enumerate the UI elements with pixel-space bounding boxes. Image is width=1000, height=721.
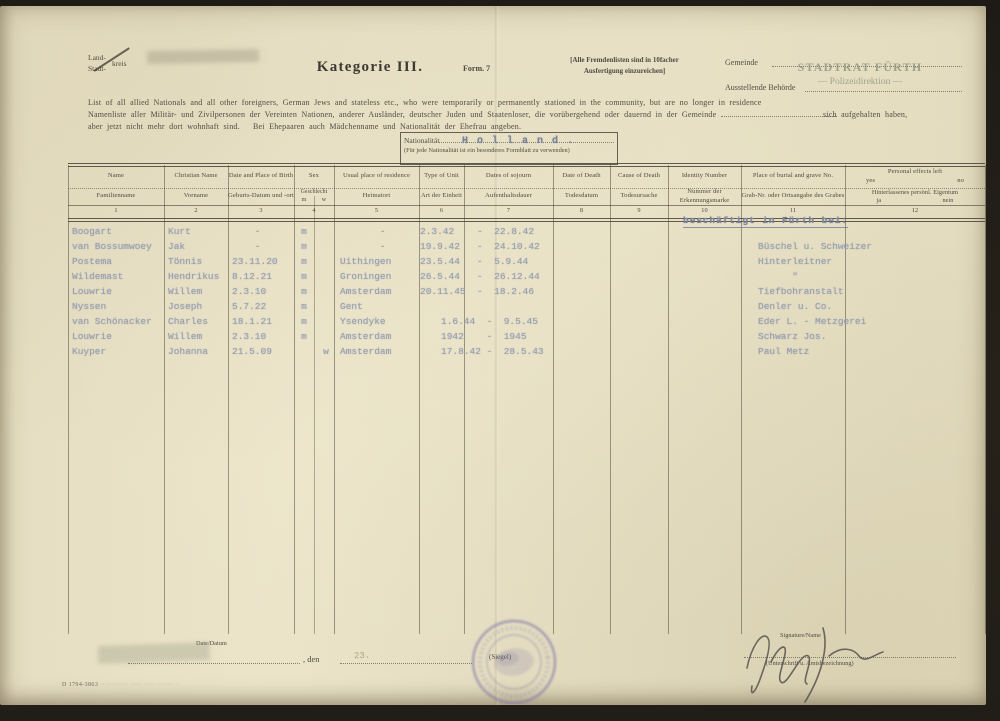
cell-firstname: Willem — [168, 286, 202, 297]
cell-sex-m: m — [294, 271, 314, 282]
authority-stamp-line1: STADTRAT FÜRTH — [795, 60, 925, 75]
landkreis-label-kreis: kreis — [112, 59, 127, 68]
cell-firstname: Kurt — [168, 226, 191, 237]
cell-birth: 8.12.21 — [232, 271, 272, 282]
cell-firstname: Hendrikus — [168, 271, 219, 282]
intro-german-text: Namenliste aller Militär- und Zivilperso… — [88, 110, 716, 119]
cell-employer: Eder L. - Metzgerei — [758, 316, 866, 327]
col-number: 8 — [553, 205, 610, 217]
cell-employer: Büschel u. Schweizer — [758, 241, 872, 252]
gemeinde-label: Gemeinde — [725, 58, 758, 67]
col-header-de-erkennungsmarke: Nummer der Erkennungsmarke — [668, 189, 741, 204]
pencil-date-entry: 23. — [354, 651, 371, 662]
col-header-en-effects: Personal effects left yes no — [845, 166, 985, 187]
col-number: 9 — [610, 205, 668, 217]
col-header-eigentum-ja: ja — [877, 197, 882, 205]
col-header-de-name: Familienname — [68, 189, 164, 204]
imprint-smudge: ·· ········· ····· ···· ········ · — [100, 682, 179, 688]
intro-german-line-end: sich aufgehalten haben, — [823, 110, 907, 119]
table-top-rule-1 — [68, 163, 985, 164]
table-row: Nyssen Joseph 5.7.22 m Gent Denler u. Co… — [0, 301, 1000, 314]
cell-residence: Uithingen — [340, 256, 391, 267]
cell-residence: Ysendyke — [340, 316, 386, 327]
cell-sojourn: 1942 - 1945 — [441, 331, 527, 342]
gemeinde-inline-fill — [721, 116, 837, 117]
authority-stamp-line2: — Polizeidirektion — — [795, 77, 925, 87]
cell-surname: Louwrie — [72, 331, 112, 342]
cell-surname: Louwrie — [72, 286, 112, 297]
col-header-en-name: Name — [68, 166, 164, 187]
cell-employer: Schwarz Jos. — [758, 331, 826, 342]
cell-employer: Paul Metz — [758, 346, 809, 357]
cell-firstname: Joseph — [168, 301, 202, 312]
authority-stamp: STADTRAT FÜRTH — Polizeidirektion — — [795, 60, 925, 87]
intro-english-line: List of all allied Nationals and all oth… — [88, 98, 948, 107]
den-label: , den — [303, 654, 320, 664]
table-row: van Bossumwoey Jak - m - 19.9.42 - 24.10… — [0, 241, 1000, 254]
table-row: Boogart Kurt - m - 2.3.42 - 22.8.42 — [0, 226, 1000, 239]
cell-surname: Boogart — [72, 226, 112, 237]
scanned-form-page: { "header": { "land": "Land-", "stadt": … — [0, 0, 1000, 721]
cell-surname: van Schönacker — [72, 316, 152, 327]
cell-residence: Amsterdam — [340, 331, 391, 342]
cell-firstname: Jak — [168, 241, 185, 252]
col-header-de-grab: Grab-Nr. oder Ortsangabe des Grabes — [741, 189, 845, 204]
col-header-en-sex: Sex — [294, 166, 334, 187]
behoerde-label: Ausstellende Behörde — [725, 83, 795, 92]
behoerde-fill-line — [805, 91, 962, 92]
table-row: Postema Tönnis 23.11.20 m Uithingen 23.5… — [0, 256, 1000, 269]
cell-sex-m: m — [294, 286, 314, 297]
col-header-de-heimatort: Heimatort — [334, 189, 419, 204]
cell-birth: 2.3.10 — [232, 331, 266, 342]
cell-sex-m: m — [294, 226, 314, 237]
form-number: Form. 7 — [463, 64, 490, 73]
col-header-en-birth: Date and Place of Birth — [228, 166, 294, 187]
cell-residence: - — [340, 226, 386, 237]
cell-employer: Hinterleitner — [758, 256, 832, 267]
intro-line3: aber jetzt nicht mehr dort wohnhaft sind… — [88, 122, 788, 131]
cell-firstname: Charles — [168, 316, 208, 327]
cell-birth: 23.11.20 — [232, 256, 278, 267]
cell-employer: Denler u. Co. — [758, 301, 832, 312]
cell-birth: - — [232, 241, 261, 252]
table-row: Kuyper Johanna 21.5.09 w Amsterdam 17.8.… — [0, 346, 1000, 359]
form-category-title: Kategorie III. — [300, 59, 440, 76]
handwritten-signature — [735, 622, 935, 704]
col-header-en-sojourn: Dates of sojourn — [464, 166, 553, 187]
col-header-de-eigentum: Hinterlassenes persönl. Eigentum ja nein — [845, 188, 985, 205]
cell-sojourn: 20.11.45 - 18.2.46 — [420, 286, 534, 297]
col-header-en-death-date: Date of Death — [553, 166, 610, 187]
cell-sojourn: 23.5.44 - 5.9.44 — [420, 256, 528, 267]
date-fill-line — [340, 663, 472, 664]
cell-birth: 21.5.09 — [232, 346, 272, 357]
cell-residence: Amsterdam — [340, 346, 391, 357]
col-header-eigentum-title: Hinterlassenes persönl. Eigentum — [872, 189, 958, 197]
cell-firstname: Willem — [168, 331, 202, 342]
cell-sex-m: m — [294, 241, 314, 252]
col-number: 1 — [68, 205, 164, 217]
landkreis-label-land: Land- — [88, 53, 106, 62]
printer-imprint: D 1794-3863 ·· ········· ····· ···· ····… — [62, 682, 179, 688]
cell-residence: Groningen — [340, 271, 391, 282]
round-seal-stamp — [468, 618, 560, 704]
cell-sojourn: 1.6.44 - 9.5.45 — [441, 316, 538, 327]
col-number: 6 — [419, 205, 464, 217]
cell-surname: Wildemast — [72, 271, 123, 282]
cell-surname: van Bossumwoey — [72, 241, 152, 252]
col-header-effects-yes: yes — [866, 177, 875, 185]
cell-sojourn: 26.5.44 - 26.12.44 — [420, 271, 540, 282]
cell-sex-m: m — [294, 316, 314, 327]
table-row: Louwrie Willem 2.3.10 m Amsterdam 20.11.… — [0, 286, 1000, 299]
cell-firstname: Tönnis — [168, 256, 202, 267]
cell-birth: 18.1.21 — [232, 316, 272, 327]
cell-birth: 2.3.10 — [232, 286, 266, 297]
col-number: 4 — [294, 205, 334, 217]
cell-sex-m: m — [294, 256, 314, 267]
col-header-en-christian-name: Christian Name — [164, 166, 228, 187]
table-row: Louwrie Willem 2.3.10 m Amsterdam 1942 -… — [0, 331, 1000, 344]
col-header-de-geschlecht: Geschlecht — [294, 188, 334, 197]
cell-sex-w: w — [316, 346, 336, 357]
col-number: 2 — [164, 205, 228, 217]
nationality-typed-value: H o l l a n d . — [462, 136, 575, 147]
nationality-note: (Für jede Nationalität ist ein besondere… — [404, 147, 614, 154]
table-row: van Schönacker Charles 18.1.21 m Ysendyk… — [0, 316, 1000, 329]
col-header-en-residence: Usual place of residence — [334, 166, 419, 187]
cell-residence: Gent — [340, 301, 363, 312]
col-header-de-aufenthalt: Aufenthaltsdauer — [464, 189, 553, 204]
copies-note-line2: Ausfertigung einzureichen] — [584, 67, 665, 75]
col-header-de-todesursache: Todesursache — [610, 189, 668, 204]
cell-birth: - — [232, 226, 261, 237]
cell-sex-m: m — [294, 301, 314, 312]
col-number: 3 — [228, 205, 294, 217]
cell-employer: Tiefbohranstalt — [758, 286, 844, 297]
table-row: Wildemast Hendrikus 8.12.21 m Groningen … — [0, 271, 1000, 284]
faint-stamp-top — [147, 49, 259, 64]
cell-sojourn: 2.3.42 - 22.8.42 — [420, 226, 534, 237]
col-header-sex-m: m — [294, 197, 314, 205]
imprint-code: D 1794-3863 — [62, 682, 98, 688]
cell-surname: Nyssen — [72, 301, 106, 312]
cell-surname: Kuyper — [72, 346, 106, 357]
place-fill-line — [128, 663, 300, 664]
col-header-de-todesdatum: Todesdatum — [553, 189, 610, 204]
col-header-en-unit: Type of Unit — [419, 166, 464, 187]
col-header-en-death-cause: Cause of Death — [610, 166, 668, 187]
col-number: 7 — [464, 205, 553, 217]
cell-sex-m: m — [294, 331, 314, 342]
col-header-de-einheit: Art der Einheit — [419, 189, 464, 204]
cell-firstname: Johanna — [168, 346, 208, 357]
cell-employer-ditto: " — [758, 271, 798, 282]
copies-note-line1: [Alle Fremdenlisten sind in 10facher — [570, 56, 679, 64]
col-header-en-burial: Place of burial and grave No. — [741, 166, 845, 187]
col-header-eigentum-nein: nein — [942, 197, 953, 205]
nationality-label: Nationalität — [404, 136, 439, 145]
col-header-de-geburt: Geburts-Datum und -ort — [228, 189, 294, 204]
col-header-de-vorname: Vorname — [164, 189, 228, 204]
cell-residence: - — [340, 241, 386, 252]
col-header-effects-no: no — [957, 177, 964, 185]
cell-sojourn: 17.8.42 - 28.5.43 — [441, 346, 544, 357]
cell-sojourn: 19.9.42 - 24.10.42 — [420, 241, 540, 252]
col-header-sex-w: w — [314, 197, 334, 205]
col-number: 5 — [334, 205, 419, 217]
col-header-effects-title: Personal effects left — [888, 168, 942, 176]
copies-note: [Alle Fremdenlisten sind in 10facher Aus… — [537, 55, 712, 77]
col-number: 12 — [845, 205, 985, 217]
cell-surname: Postema — [72, 256, 112, 267]
cell-residence: Amsterdam — [340, 286, 391, 297]
cell-birth: 5.7.22 — [232, 301, 266, 312]
col-header-en-identity: Identity Number — [668, 166, 741, 187]
